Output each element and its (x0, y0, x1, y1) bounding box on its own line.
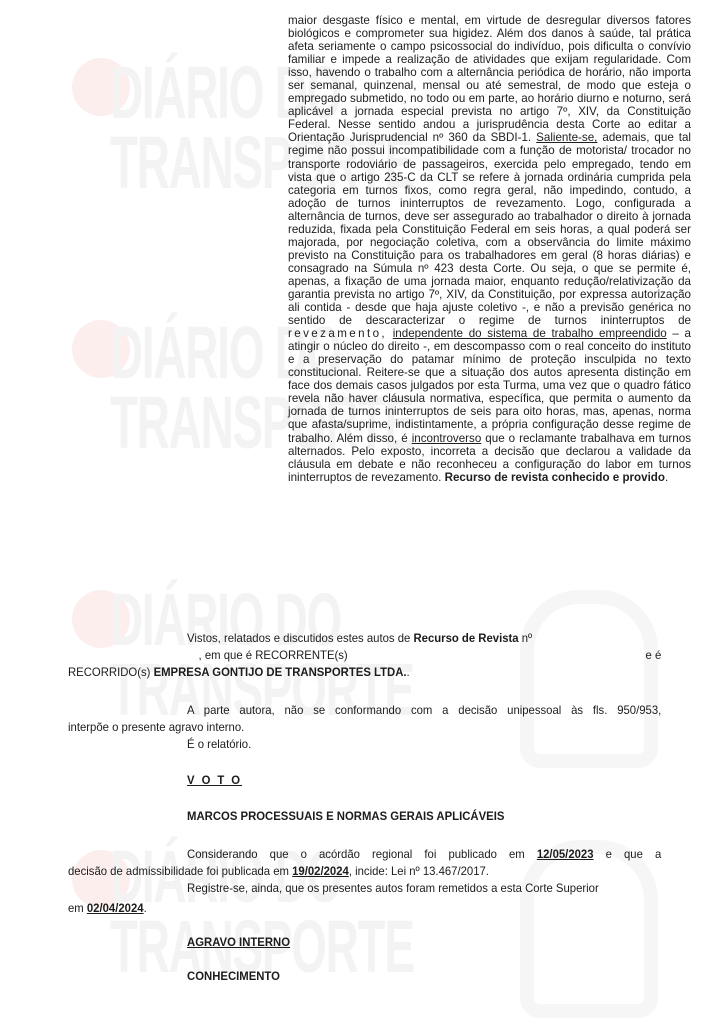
registre-period: . (144, 901, 147, 915)
section-agravo: AGRAVO INTERNO (68, 934, 661, 951)
section-heading-agravo: AGRAVO INTERNO (68, 934, 661, 951)
considerando-text: decisão de admissibilidade foi publicada… (68, 864, 292, 878)
registre-line1: Registre-se, ainda, que os presentes aut… (68, 880, 661, 897)
relatorio-line2: interpõe o presente agravo interno. (68, 719, 661, 736)
citation-underlined: incontroverso (412, 432, 482, 445)
watermark-logo-circle (72, 320, 130, 378)
section-conhecimento: CONHECIMENTO (68, 968, 661, 985)
considerando-text: Considerando que o acórdão regional foi … (187, 847, 537, 861)
section-heading-conhecimento: CONHECIMENTO (68, 968, 661, 985)
recorrido-connector: e é (646, 647, 662, 664)
vistos-line3: RECORRIDO(s) EMPRESA GONTIJO DE TRANSPOR… (68, 664, 661, 681)
acordao-date: 12/05/2023 (537, 847, 594, 861)
remessa-date: 02/04/2024 (87, 901, 144, 915)
citation-text: ademais, que tal regime não possui incom… (288, 131, 691, 327)
relatorio-line3: É o relatório. (68, 736, 661, 753)
citation-text: – a atingir o núcleo do direito -, em de… (288, 327, 691, 444)
considerando-text: e que a (594, 847, 662, 861)
citation-conclusion: Recurso de revista conhecido e provido (445, 471, 665, 484)
voto-title: V O T O (68, 772, 661, 789)
recorrente-label: , em que é RECORRENTE(s) (187, 647, 348, 664)
citation-text: maior desgaste físico e mental, em virtu… (288, 14, 691, 144)
considerando-line1: Considerando que o acórdão regional foi … (68, 846, 661, 863)
considerando-line2: decisão de admissibilidade foi publicada… (68, 863, 661, 880)
relatorio-line1: A parte autora, não se conformando com a… (68, 702, 661, 719)
considerando-text: , incide: Lei nº 13.467/2017. (349, 864, 489, 878)
citation-spaced-word: revezamento, (288, 327, 387, 340)
section-heading-marcos: MARCOS PROCESSUAIS E NORMAS GERAIS APLIC… (68, 808, 661, 825)
quoted-citation: maior desgaste físico e mental, em virtu… (288, 14, 691, 484)
registre-text: em (68, 901, 87, 915)
citation-period: . (665, 471, 668, 484)
case-type: Recurso de Revista (413, 631, 518, 645)
citation-underlined: independente do sistema de trabalho empr… (393, 327, 667, 340)
voto-heading-block: V O T O (68, 772, 661, 789)
vistos-paragraph: Vistos, relatados e discutidos estes aut… (68, 630, 661, 681)
vistos-line2: , em que é RECORRENTE(s)e é (68, 647, 661, 664)
relatorio-paragraph: A parte autora, não se conformando com a… (68, 702, 661, 753)
watermark-logo-circle (72, 58, 130, 116)
recorrido-party: EMPRESA GONTIJO DE TRANSPORTES LTDA. (154, 665, 407, 679)
recorrido-period: . (407, 665, 410, 679)
citation-underlined: Saliente-se, (536, 131, 597, 144)
case-number-label: nº (519, 631, 533, 645)
registre-line2: em 02/04/2024. (68, 900, 661, 917)
vistos-lead: Vistos, relatados e discutidos estes aut… (187, 631, 413, 645)
recorrido-label: RECORRIDO(s) (68, 665, 154, 679)
considerando-paragraph: Considerando que o acórdão regional foi … (68, 846, 661, 917)
section-marcos: MARCOS PROCESSUAIS E NORMAS GERAIS APLIC… (68, 808, 661, 825)
admissibilidade-date: 19/02/2024 (292, 864, 349, 878)
vistos-line1: Vistos, relatados e discutidos estes aut… (68, 630, 661, 647)
